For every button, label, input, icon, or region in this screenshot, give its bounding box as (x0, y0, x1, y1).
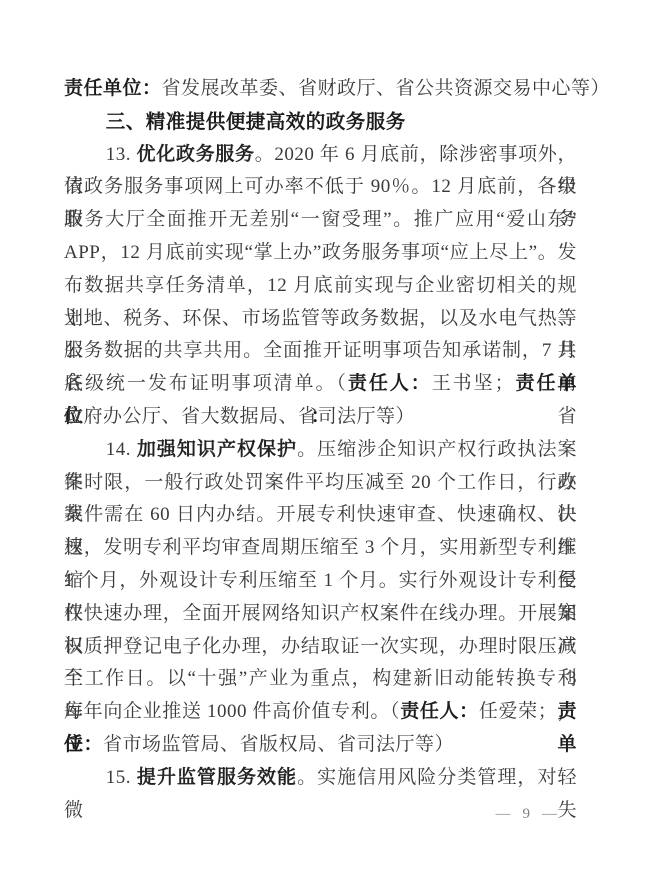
body-text: 省 (557, 406, 577, 427)
text-line: 每年向企业推送 1000 件高价值专利。（责任人：任爱荣；责任单 (64, 696, 577, 729)
text-line: 13. 优化政务服务。2020 年 6 月底前，除涉密事项外，依申 (64, 139, 577, 172)
page-number: 9 (523, 805, 531, 823)
body-text: 14. (106, 439, 137, 460)
document-page: 责任单位：省发展改革委、省财政厅、省公共资源交易中心等）三、精准提供便捷高效的政… (0, 0, 658, 883)
document-body: 责任单位：省发展改革委、省财政厅、省公共资源交易中心等）三、精准提供便捷高效的政… (0, 0, 658, 823)
text-line: 请政务服务事项网上可办率不低于 90％。12 月底前，各级政务 (64, 171, 577, 204)
text-lines-container: 责任单位：省发展改革委、省财政厅、省公共资源交易中心等）三、精准提供便捷高效的政… (64, 73, 577, 795)
text-line: 14. 加强知识产权保护。压缩涉企知识产权行政执法案件办 (64, 434, 577, 467)
bold-label: 位： (64, 734, 103, 755)
bold-label: 责任人： (348, 373, 432, 394)
body-text: 王书坚； (432, 373, 514, 394)
text-line: 1 个月，外观设计专利压缩至 1 个月。实行外观设计专利侵权案 (64, 565, 577, 598)
item-title: 优化政务服务 (137, 144, 255, 165)
body-text: 15. (106, 767, 137, 788)
body-text: 政府办公厅、省大数据局、省司法厅等） (64, 406, 415, 427)
text-line: 服务大厅全面推开无差别“一窗受理”。推广应用“爱山东” (64, 204, 577, 237)
text-line: 权质押登记电子化办理，办结取证一次实现，办理时限压减至 3 (64, 631, 577, 664)
text-line: 件快速办理，全面开展网络知识产权案件在线办理。开展知识产 (64, 598, 577, 631)
body-text: 省市场监管局、省版权局、省司法厅等） (103, 734, 454, 755)
section-heading: 三、精准提供便捷高效的政务服务 (106, 111, 406, 133)
body-text: 省发展改革委、省财政厅、省公共资源交易中心等） (162, 78, 611, 99)
text-line: 责任单位：省发展改革委、省财政厅、省公共资源交易中心等） (64, 73, 577, 106)
body-text: 每年向企业推送 1000 件高价值专利。（ (64, 701, 400, 722)
bold-label: 责任单位： (64, 78, 162, 99)
footer-left-dash: — (496, 806, 511, 822)
text-line: 权，发明专利平均审查周期压缩至 3 个月，实用新型专利压缩至 (64, 532, 577, 565)
text-line: APP，12 月底前实现“掌上办”政务服务事项“应上尽上”。发 (64, 237, 577, 270)
item-title: 加强知识产权保护 (137, 439, 297, 460)
body-text: 13. (106, 144, 137, 165)
text-line: 案件需在 60 日内办结。开展专利快速审查、快速确权、快速维 (64, 499, 577, 532)
body-text: 各级统一发布证明事项清单。（ (64, 373, 348, 394)
body-text: 服务大厅全面推开无差别“一窗受理”。推广应用“爱山东” (64, 209, 577, 230)
item-title: 提升监管服务效能 (137, 767, 297, 788)
text-line: 布数据共享任务清单，12 月底前实现与企业密切相关的规划、 (64, 270, 577, 303)
body-text: 任爱荣； (479, 701, 557, 722)
text-line: 15. 提升监管服务效能。实施信用风险分类管理，对轻微失 (64, 762, 577, 795)
body-text: APP，12 月底前实现“掌上办”政务服务事项“应上尽上”。发 (64, 242, 577, 263)
text-line: 三、精准提供便捷高效的政务服务 (64, 106, 577, 139)
text-line: 服务数据的共享共用。全面推开证明事项告知承诺制，7 月底前 (64, 335, 577, 368)
bold-label: 责任人： (400, 701, 479, 722)
text-line: 土地、税务、环保、市场监管等政务数据，以及水电气热等公共 (64, 303, 577, 336)
footer-right-dash: — (542, 806, 557, 822)
text-line: 个工作日。以“十强”产业为重点，构建新旧动能转换专利库， (64, 663, 577, 696)
text-line: 案时限，一般行政处罚案件平均压减至 20 个工作日，行政裁决 (64, 467, 577, 500)
text-line: 各级统一发布证明事项清单。（责任人：王书坚；责任单位：省 (64, 368, 577, 401)
